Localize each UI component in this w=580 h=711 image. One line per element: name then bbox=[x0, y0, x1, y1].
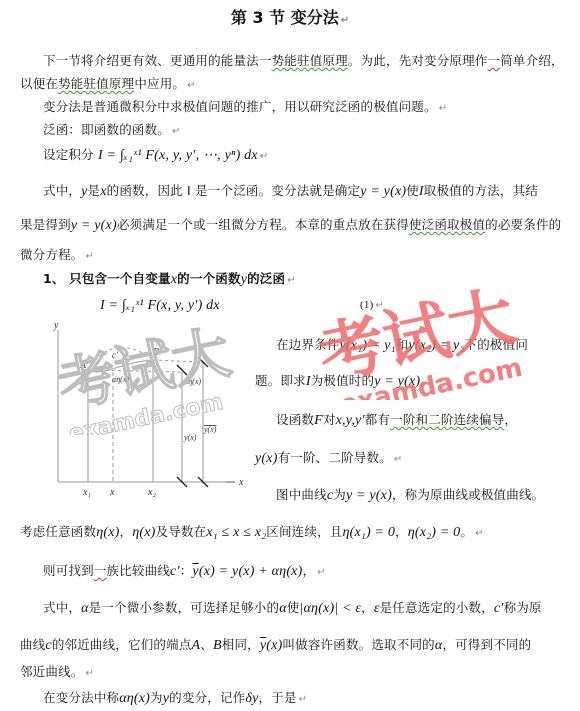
text: 变分法是普通微积分中求极值问题的推广，用以研究泛函的极值问题。 bbox=[43, 99, 437, 114]
text: 以便在 bbox=[20, 76, 58, 91]
text: ， bbox=[395, 524, 408, 539]
spellcheck-text: 势能驻值原理 bbox=[272, 53, 348, 68]
text: 微分方程。 bbox=[20, 247, 84, 262]
text: 为 bbox=[150, 690, 163, 705]
text: 取极值的方法，其结 bbox=[424, 183, 538, 198]
y-axis-label: y bbox=[53, 322, 59, 331]
text: 。为此，先对变分原理作 bbox=[348, 53, 488, 68]
text: 是 bbox=[88, 183, 101, 198]
paragraph-variation-def: 在变分法中称αη(x)为y的变分，记作δy，于是↵ bbox=[43, 690, 307, 708]
text: 为极值时的 bbox=[311, 373, 375, 388]
ybar-label: y(x) bbox=[203, 425, 217, 434]
paragraph-where-line1: 式中，y是x的函数，因此 I 是一个泛函。变分法就是确定y = y(x)使I取极… bbox=[43, 183, 538, 200]
text: 有一阶、二阶导数。 bbox=[278, 450, 392, 465]
text: 的一个函数 bbox=[177, 271, 241, 286]
paragraph-mark: ↵ bbox=[475, 528, 484, 539]
text: 称为原 bbox=[504, 600, 542, 615]
text: 曲线 bbox=[20, 637, 45, 652]
math: c′ bbox=[494, 601, 504, 616]
math: B bbox=[213, 638, 222, 653]
spellcheck-text: 使泛函取极值 bbox=[409, 217, 485, 232]
text: 下一节将介绍更有效、更通用的能量法一 bbox=[43, 53, 272, 68]
paragraph-mark: ↵ bbox=[260, 151, 269, 162]
spellcheck-text: 一 bbox=[94, 563, 107, 578]
paragraph-comparison-curves: 则可找到一族比较曲线c′：y(x) = y(x) + αη(x)，↵ bbox=[43, 563, 326, 581]
function-F-line1: 设函数F对x,y,y′都有一阶和二阶连续偏导， bbox=[276, 412, 517, 429]
text: 叫做容许函数。选取不同的 bbox=[282, 637, 434, 652]
paragraph-mark: ↵ bbox=[317, 567, 326, 578]
x-axis-label: x bbox=[238, 477, 244, 488]
spellcheck-text: 一阶和二阶连续偏导 bbox=[390, 412, 504, 427]
paragraph-alpha-line3: 邻近曲线。↵ bbox=[20, 664, 94, 682]
paragraph-mark: ↵ bbox=[435, 377, 444, 388]
curve-c-description: 图中曲线c为y = y(x)，称为原曲线或极值曲线。 bbox=[276, 487, 544, 504]
text: 使 bbox=[287, 600, 300, 615]
equation-number: (1)↵ bbox=[360, 297, 384, 314]
text: 果是得到 bbox=[20, 217, 71, 232]
paragraph-mark: ↵ bbox=[172, 126, 181, 137]
text: 中应用。 bbox=[134, 76, 185, 91]
paragraph-mark: ↵ bbox=[86, 251, 95, 262]
text: 、 bbox=[200, 637, 213, 652]
paragraph-variational-def: 变分法是普通微积分中求极值问题的推广，用以研究泛函的极值问题。↵ bbox=[43, 99, 447, 117]
math: αη(x) bbox=[119, 691, 150, 706]
math: y = y(x) bbox=[374, 374, 420, 389]
text: 都有 bbox=[365, 412, 390, 427]
text: 式中， bbox=[43, 600, 81, 615]
math: η(x₂) = 0 bbox=[408, 525, 461, 540]
title-text: 第 3 节 变分法 bbox=[231, 8, 339, 27]
text: ， bbox=[120, 524, 133, 539]
math: y = y(x) bbox=[360, 184, 406, 199]
text: (1) bbox=[360, 299, 373, 311]
math: x₁ ≤ x ≤ x₂ bbox=[206, 525, 266, 540]
paragraph-mark: ↵ bbox=[341, 15, 349, 26]
paragraph-mark: ↵ bbox=[187, 80, 196, 91]
text: 区间连续，且 bbox=[266, 524, 342, 539]
spellcheck-text: 一 bbox=[488, 53, 501, 68]
paragraph-alpha-line1: 式中，α是一个微小参数，可选择足够小的α使|αη(x)| < ε，ε是任意选定的… bbox=[43, 600, 542, 617]
integral-formula: I = ∫ₓ₁ˣ¹ F(x, y, y′) dx bbox=[100, 298, 220, 313]
variation-diagram: y x x₁ x x₂ A B c′ αη(x) αη(x) y(x) y(x) bbox=[50, 322, 250, 497]
math: y(x₁) = y₁ bbox=[340, 338, 396, 353]
math: y = y(x) bbox=[71, 218, 117, 233]
text: 的邻近曲线，它们的端点 bbox=[52, 637, 192, 652]
math: (x) bbox=[266, 638, 282, 653]
text: 对 bbox=[323, 412, 336, 427]
paragraph-mark: ↵ bbox=[439, 103, 448, 114]
text: 设定积分 bbox=[43, 147, 98, 162]
curve-c-prime-label: c′ bbox=[112, 350, 119, 360]
text: 的变分，记作 bbox=[169, 690, 245, 705]
text: 简单介绍， bbox=[500, 53, 564, 68]
text: ： bbox=[180, 563, 193, 578]
tick-x: x bbox=[109, 487, 115, 497]
tick-x2: x₂ bbox=[147, 487, 156, 497]
math: |αη(x)| < ε bbox=[299, 601, 361, 616]
text: 是任意选定的小数， bbox=[380, 600, 494, 615]
boundary-condition-line1: 在边界条件y(x₁) = y₁和y(x₂) = y₂下的极值问 bbox=[276, 337, 528, 354]
text: 使 bbox=[406, 183, 419, 198]
text: 。 bbox=[460, 524, 473, 539]
math: α bbox=[279, 601, 287, 616]
text: 是一个微小参数，可选择足够小的 bbox=[89, 600, 280, 615]
text: 相同， bbox=[222, 637, 260, 652]
paragraph-where-line2: 果是得到y = y(x)必须满足一个或一组微分方程。本章的重点放在获得使泛函取极… bbox=[20, 217, 561, 234]
alpha-eta-label: αη(x) bbox=[184, 377, 201, 386]
y-label: y(x) bbox=[183, 433, 197, 442]
paragraph-functional-def: 泛函：即函数的函数。↵ bbox=[43, 122, 181, 140]
text: 的泛函 bbox=[247, 271, 285, 286]
text: 设函数 bbox=[276, 412, 314, 427]
math: y = y(x) bbox=[346, 488, 392, 503]
text: 图中曲线 bbox=[276, 487, 327, 502]
text: 题。即求 bbox=[255, 373, 306, 388]
text: 1、 只包含一个自变量 bbox=[43, 271, 171, 286]
math: δy bbox=[245, 691, 258, 706]
paragraph-arbitrary-function: 考虑任意函数η(x)，η(x)及导数在x₁ ≤ x ≤ x₂区间连续，且η(x₁… bbox=[20, 524, 484, 542]
math: A bbox=[192, 638, 201, 653]
math: c′ bbox=[170, 564, 180, 579]
math: (x) = y(x) + αη(x) bbox=[199, 564, 303, 579]
math: η(x) bbox=[132, 525, 155, 540]
text: ，可得到不同的 bbox=[442, 637, 531, 652]
text: 在变分法中称 bbox=[43, 690, 119, 705]
text: 的函数，因此 I 是一个泛函。变分法就是确定 bbox=[107, 183, 361, 198]
alpha-eta-at-x-label: αη(x) bbox=[112, 375, 129, 384]
point-A: A bbox=[79, 360, 87, 371]
paragraph-mark: ↵ bbox=[287, 275, 296, 286]
text: ，于是 bbox=[259, 690, 297, 705]
curve-c bbox=[88, 360, 153, 372]
text: 考虑任意函数 bbox=[20, 524, 96, 539]
text: 则可找到 bbox=[43, 563, 94, 578]
integral-formula: I = ∫ₓ₁ˣ¹ F(x, y, y′, ⋯, yⁿ) dx bbox=[98, 148, 258, 163]
text: 泛函：即函数的函数。 bbox=[43, 122, 170, 137]
tick-x1: x₁ bbox=[82, 487, 91, 497]
math: x,y,y′ bbox=[336, 413, 365, 428]
paragraph-mark: ↵ bbox=[299, 694, 308, 705]
math: η(x) bbox=[96, 525, 119, 540]
boundary-condition-line2: 题。即求I为极值时的y = y(x)。↵ bbox=[255, 373, 444, 391]
spellcheck-text: 势能驻值原理 bbox=[58, 76, 134, 91]
text: 式中， bbox=[43, 183, 81, 198]
text: 的必要条件的 bbox=[485, 217, 561, 232]
text: ， bbox=[302, 563, 315, 578]
math: y(x) bbox=[255, 451, 278, 466]
paragraph-intro-line2: 以便在势能驻值原理中应用。↵ bbox=[20, 76, 196, 94]
text: 必须满足一个或一组微分方程。本章的重点放在获得 bbox=[117, 217, 409, 232]
paragraph-intro-line1: 下一节将介绍更有效、更通用的能量法一势能驻值原理。为此，先对变分原理作一简单介绍… bbox=[43, 53, 564, 69]
point-B: B bbox=[153, 347, 159, 358]
text: 。 bbox=[420, 373, 433, 388]
section-formula: I = ∫ₓ₁ˣ¹ F(x, y, y′) dx bbox=[100, 297, 220, 314]
paragraph-alpha-line2: 曲线c的邻近曲线，它们的端点A、B相同，y(x)叫做容许函数。选取不同的α，可得… bbox=[20, 637, 531, 654]
text: ， bbox=[361, 600, 374, 615]
text: 及导数在 bbox=[156, 524, 207, 539]
paragraph-where-line3: 微分方程。↵ bbox=[20, 247, 94, 265]
text: 邻近曲线。 bbox=[20, 664, 84, 679]
text: 族比较曲线 bbox=[107, 563, 171, 578]
math: η(x₁) = 0 bbox=[342, 525, 395, 540]
text: ， bbox=[504, 412, 517, 427]
text: 为 bbox=[333, 487, 346, 502]
page-title: 第 3 节 变分法↵ bbox=[0, 8, 580, 31]
paragraph-mark: ↵ bbox=[86, 668, 95, 679]
function-F-line2: y(x)有一阶、二阶导数。↵ bbox=[255, 450, 402, 468]
text: 和 bbox=[396, 337, 409, 352]
text: 下的极值问 bbox=[465, 337, 529, 352]
paragraph-mark: ↵ bbox=[394, 454, 403, 465]
math: α bbox=[81, 601, 89, 616]
math: y(x₂) = y₂ bbox=[408, 338, 464, 353]
math: F bbox=[314, 413, 323, 428]
paragraph-integral: 设定积分 I = ∫ₓ₁ˣ¹ F(x, y, y′, ⋯, yⁿ) dx↵ bbox=[43, 147, 268, 165]
paragraph-mark: ↵ bbox=[375, 300, 384, 311]
text: 在边界条件 bbox=[276, 337, 340, 352]
document-page: 第 3 节 变分法↵ 下一节将介绍更有效、更通用的能量法一势能驻值原理。为此，先… bbox=[0, 0, 580, 711]
text: ，称为原曲线或极值曲线。 bbox=[392, 487, 544, 502]
section-heading-1: 1、 只包含一个自变量x的一个函数y的泛函↵ bbox=[43, 271, 296, 289]
